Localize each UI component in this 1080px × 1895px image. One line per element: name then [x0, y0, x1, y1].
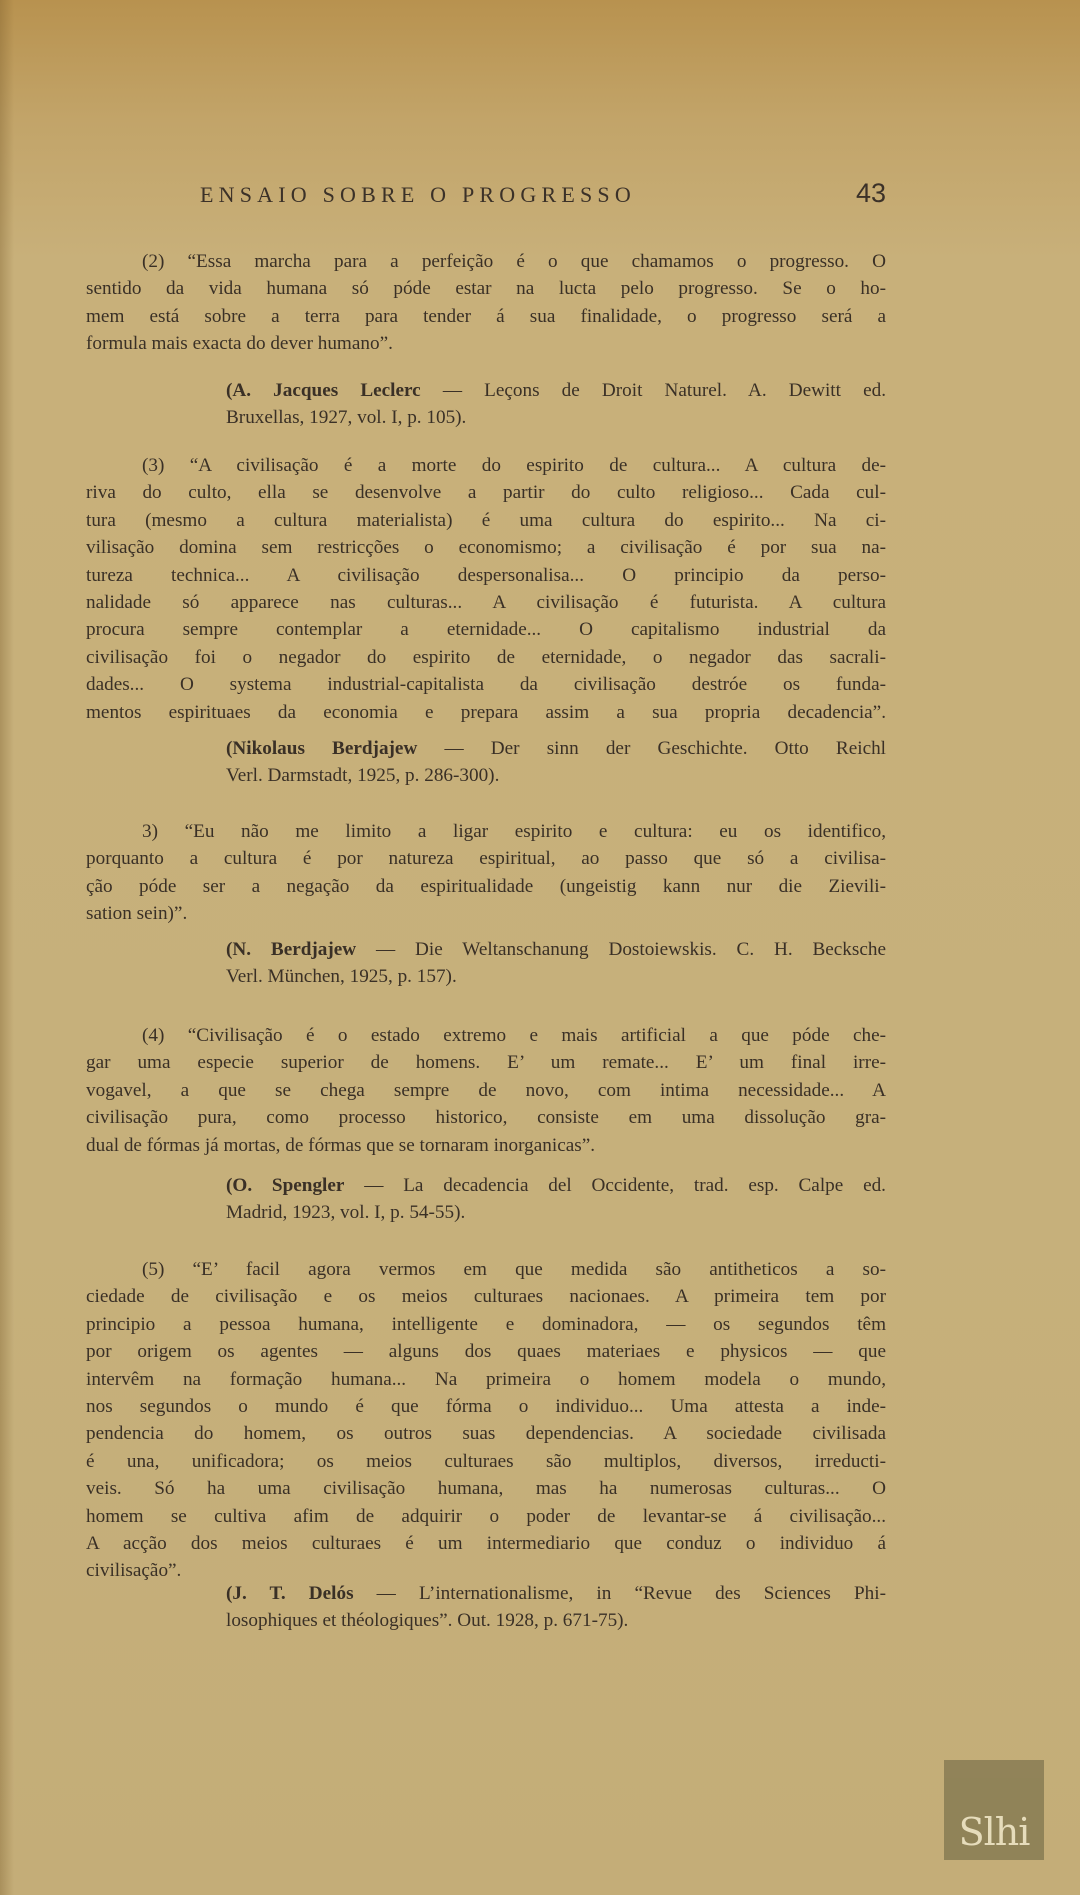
footnote-3b: 3) “Eu não me limito a ligar espirito e …: [86, 818, 886, 928]
citation-leclerc: (A. Jacques Leclerc — Leçons de Droit Na…: [226, 377, 886, 432]
citation-delos: (J. T. Delós — L’internationalisme, in “…: [226, 1580, 886, 1635]
footnote-line: 3) “Eu não me limito a ligar espirito e …: [86, 818, 886, 845]
footnote-line: homem se cultiva afim de adquirir o pode…: [86, 1503, 886, 1530]
page-number: 43: [856, 178, 886, 209]
running-title: ENSAIO SOBRE O PROGRESSO: [200, 182, 636, 208]
citation-author: (N. Berdjajew: [226, 939, 356, 960]
footnote-3: (3) “A civilisação é a morte do espirito…: [86, 452, 886, 726]
footnote-line: porquanto a cultura é por natureza espir…: [86, 845, 886, 872]
footnote-line: dual de fórmas já mortas, de fórmas que …: [86, 1132, 886, 1159]
footnote-line: dades... O systema industrial-capitalist…: [86, 671, 886, 698]
footnote-line: nos segundos o mundo é que fórma o indiv…: [86, 1393, 886, 1420]
footnote-line: (4) “Civilisação é o estado extremo e ma…: [86, 1022, 886, 1049]
footnote-line: vogavel, a que se chega sempre de novo, …: [86, 1077, 886, 1104]
footnote-4: (4) “Civilisação é o estado extremo e ma…: [86, 1022, 886, 1159]
footnote-line: ção póde ser a negação da espiritualidad…: [86, 873, 886, 900]
scanned-page: ENSAIO SOBRE O PROGRESSO 43 (2) “Essa ma…: [0, 0, 1080, 1895]
citation-line2: Bruxellas, 1927, vol. I, p. 105).: [226, 404, 886, 431]
footnote-line: sentido da vida humana só póde estar na …: [86, 275, 886, 302]
footnote-line: tureza technica... A civilisação despers…: [86, 562, 886, 589]
footnote-line: sation sein)”.: [86, 900, 886, 927]
citation-author: (O. Spengler: [226, 1175, 344, 1196]
footnote-line: (3) “A civilisação é a morte do espirito…: [86, 452, 886, 479]
footnote-line: formula mais exacta do dever humano”.: [86, 330, 886, 357]
footnote-line: mem está sobre a terra para tender á sua…: [86, 303, 886, 330]
footnote-line: nalidade só apparece nas culturas... A c…: [86, 589, 886, 616]
footnote-line: gar uma especie superior de homens. E’ u…: [86, 1049, 886, 1076]
citation-berdjajew-2: (N. Berdjajew — Die Weltanschanung Dosto…: [226, 936, 886, 991]
footnote-line: riva do culto, ella se desenvolve a part…: [86, 479, 886, 506]
footnote-line: mentos espirituaes da economia e prepara…: [86, 699, 886, 726]
page-edge-shadow: [0, 0, 14, 1895]
watermark-text: Slhi: [959, 1810, 1030, 1854]
citation-line2: Madrid, 1923, vol. I, p. 54-55).: [226, 1199, 886, 1226]
library-watermark-logo: Slhi: [944, 1760, 1044, 1860]
footnote-line: procura sempre contemplar a eternidade..…: [86, 616, 886, 643]
citation-line2: Verl. Darmstadt, 1925, p. 286-300).: [226, 762, 886, 789]
page-header: ENSAIO SOBRE O PROGRESSO 43: [200, 178, 886, 209]
citation-author: (Nikolaus Berdjajew: [226, 738, 417, 759]
citation-author: (A. Jacques Leclerc: [226, 380, 421, 401]
citation-text: — L’internationalisme, in “Revue des Sci…: [354, 1583, 886, 1604]
citation-text: — Der sinn der Geschichte. Otto Reichl: [417, 738, 886, 759]
footnote-line: civilisação foi o negador do espirito de…: [86, 644, 886, 671]
footnote-line: tura (mesmo a cultura materialista) é um…: [86, 507, 886, 534]
footnote-line: pendencia do homem, os outros suas depen…: [86, 1420, 886, 1447]
citation-text: — Die Weltanschanung Dostoiewskis. C. H.…: [356, 939, 886, 960]
footnote-line: vilisação domina sem restricções o econo…: [86, 534, 886, 561]
footnote-5: (5) “E’ facil agora vermos em que medida…: [86, 1256, 886, 1585]
footnote-line: (2) “Essa marcha para a perfeição é o qu…: [86, 248, 886, 275]
footnote-line: é una, unificadora; os meios culturaes s…: [86, 1448, 886, 1475]
footnote-line: (5) “E’ facil agora vermos em que medida…: [86, 1256, 886, 1283]
footnote-line: por origem os agentes — alguns dos quaes…: [86, 1338, 886, 1365]
footnote-line: ciedade de civilisação e os meios cultur…: [86, 1283, 886, 1310]
citation-text: — Leçons de Droit Naturel. A. Dewitt ed.: [421, 380, 886, 401]
footnote-line: intervêm na formação humana... Na primei…: [86, 1366, 886, 1393]
footnote-line: A acção dos meios culturaes é um interme…: [86, 1530, 886, 1557]
footnote-line: veis. Só ha uma civilisação humana, mas …: [86, 1475, 886, 1502]
footnote-line: civilisação pura, como processo historic…: [86, 1104, 886, 1131]
citation-line2: losophiques et théologiques”. Out. 1928,…: [226, 1607, 886, 1634]
footnote-line: principio a pessoa humana, intelligente …: [86, 1311, 886, 1338]
citation-spengler: (O. Spengler — La decadencia del Occiden…: [226, 1172, 886, 1227]
citation-berdjajew-1: (Nikolaus Berdjajew — Der sinn der Gesch…: [226, 735, 886, 790]
citation-line2: Verl. München, 1925, p. 157).: [226, 963, 886, 990]
footnote-2: (2) “Essa marcha para a perfeição é o qu…: [86, 248, 886, 358]
citation-text: — La decadencia del Occidente, trad. esp…: [344, 1175, 886, 1196]
citation-author: (J. T. Delós: [226, 1583, 354, 1604]
